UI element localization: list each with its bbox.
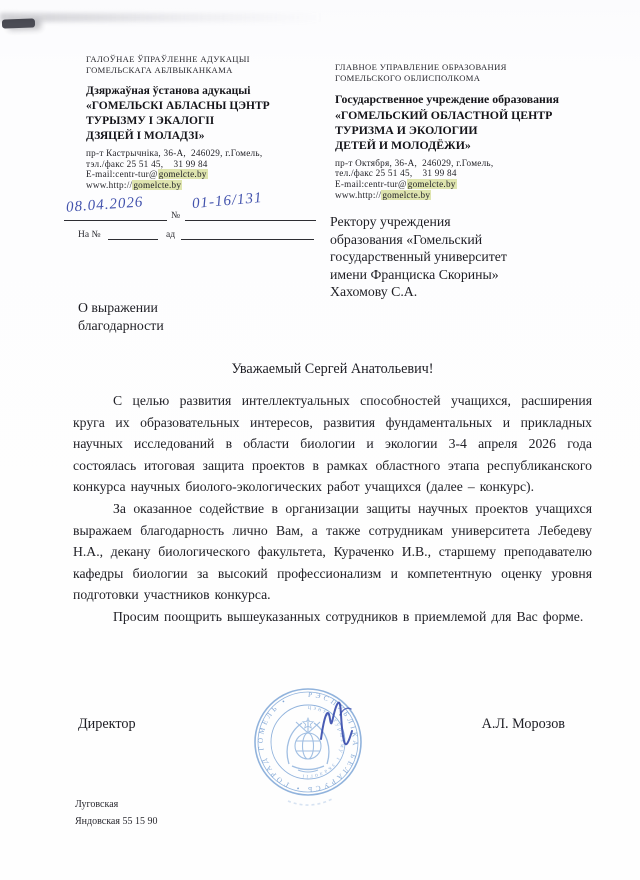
body-paragraph: Просим поощрить вышеуказанных сотруднико… (73, 606, 592, 628)
subject-line: О выражении (78, 299, 164, 317)
official-stamp: РЭСПУБЛІКА БЕЛАРУСЬ • ГОРАД ГОМЕЛЬ • цэн… (226, 660, 391, 825)
www-domain-highlighted: gomelcte.by (381, 190, 431, 200)
subject-block: О выражении благодарности (78, 299, 164, 335)
org-intro: Государственное учреждение образования (335, 92, 623, 107)
addressee-line: Хахомову С.А. (330, 283, 578, 301)
phone-line: тэл./факс 25 51 45, 31 99 84 (86, 159, 338, 170)
address-line: пр-т Кастрычніка, 36-А, 246029, г.Гомель… (86, 148, 338, 159)
addressee-line: Ректору учреждения (330, 213, 578, 231)
org-line: ДЗЯЦЕЙ І МОЛАДЗІ» (86, 129, 338, 144)
addressee-block: Ректору учреждения образования «Гомельск… (330, 213, 578, 301)
date-underline (64, 220, 167, 221)
www-prefix: www.http:// (335, 190, 381, 200)
reply-number-underline (108, 239, 158, 240)
email-prefix: E-mail:centr-tur@ (335, 179, 407, 189)
executor-name: Луговская (75, 797, 157, 814)
org-address-ru: пр-т Октября, 36-А, 246029, г.Гомель, те… (335, 158, 623, 200)
email-domain-highlighted: gomelcte.by (407, 179, 457, 189)
executor-phone: Яндовская 55 15 90 (75, 814, 157, 831)
org-line: «ГОМЕЛЬСКІ АБЛАСНЫ ЦЭНТР (86, 99, 338, 114)
authority-line: ГОМЕЛЬСКАГА АБЛВЫКАНКАМА (86, 65, 338, 76)
authority-name-ru: ГЛАВНОЕ УПРАВЛЕНИЕ ОБРАЗОВАНИЯ ГОМЕЛЬСКО… (335, 62, 623, 83)
stamp-ghost-arc (288, 799, 332, 805)
authority-line: ГЛАВНОЕ УПРАВЛЕНИЕ ОБРАЗОВАНИЯ (335, 62, 623, 73)
addressee-line: государственный университет (330, 248, 578, 266)
signature-ink (316, 697, 356, 757)
letter-body: С целью развития интеллектуальных способ… (73, 390, 592, 628)
phone-line: тел./факс 25 51 45, 31 99 84 (335, 168, 623, 179)
address-line: пр-т Октября, 36-А, 246029, г.Гомель, (335, 158, 623, 169)
body-paragraph: С целью развития интеллектуальных способ… (73, 390, 592, 498)
authority-line: ГОМЕЛЬСКОГО ОБЛИСПОЛКОМА (335, 73, 623, 84)
email-line: E-mail:centr-tur@gomelcte.by (86, 169, 338, 180)
number-sign: № (171, 211, 180, 221)
signer-name: А.Л. Морозов (482, 716, 565, 733)
scanned-letter-page: ГАЛОЎНАЕ ЎПРАЎЛЕННЕ АДУКАЦЫІ ГОМЕЛЬСКАГА… (0, 0, 640, 880)
org-line: ДЕТЕЙ И МОЛОДЁЖИ» (335, 138, 623, 153)
date-handwritten: 08.04.2026 (66, 194, 144, 216)
org-line: ТУРИЗМА И ЭКОЛОГИИ (335, 123, 623, 138)
organization-name-by: Дзяржаўная ўстанова адукацыі «ГОМЕЛЬСКІ … (86, 84, 338, 144)
website-line: www.http://gomelcte.by (86, 180, 338, 191)
scan-edge-shadow (0, 13, 340, 22)
authority-line: ГАЛОЎНАЕ ЎПРАЎЛЕННЕ АДУКАЦЫІ (86, 54, 338, 65)
website-line: www.http://gomelcte.by (335, 190, 623, 201)
letterhead-belarusian: ГАЛОЎНАЕ ЎПРАЎЛЕННЕ АДУКАЦЫІ ГОМЕЛЬСКАГА… (86, 54, 338, 191)
body-paragraph: За оказанное содействие в организации за… (73, 498, 592, 606)
org-address-by: пр-т Кастрычніка, 36-А, 246029, г.Гомель… (86, 148, 338, 190)
salutation: Уважаемый Сергей Анатольевич! (73, 361, 592, 378)
number-underline (185, 220, 316, 221)
email-domain-highlighted: gomelcte.by (158, 169, 208, 179)
www-domain-highlighted: gomelcte.by (132, 180, 182, 190)
letterhead-russian: ГЛАВНОЕ УПРАВЛЕНИЕ ОБРАЗОВАНИЯ ГОМЕЛЬСКО… (335, 62, 623, 200)
subject-line: благодарности (78, 317, 164, 335)
doc-number-handwritten: 01-16/131 (191, 190, 263, 213)
www-prefix: www.http:// (86, 180, 132, 190)
reply-date-underline (181, 239, 314, 240)
signer-title: Директор (78, 716, 136, 733)
email-line: E-mail:centr-tur@gomelcte.by (335, 179, 623, 190)
reply-to-label: На № (78, 230, 101, 240)
scan-corner-mark (2, 18, 35, 28)
reference-block: 08.04.2026 № 01-16/131 На № ад (64, 196, 324, 252)
org-line: ТУРЫЗМУ І ЭКАЛОГІІ (86, 114, 338, 129)
reply-from-label: ад (166, 230, 175, 240)
organization-name-ru: Государственное учреждение образования «… (335, 92, 623, 154)
org-intro: Дзяржаўная ўстанова адукацыі (86, 84, 338, 99)
addressee-line: образования «Гомельский (330, 231, 578, 249)
email-prefix: E-mail:centr-tur@ (86, 169, 158, 179)
addressee-line: имени Франциска Скорины» (330, 266, 578, 284)
executor-block: Луговская Яндовская 55 15 90 (75, 797, 157, 830)
org-line: «ГОМЕЛЬСКИЙ ОБЛАСТНОЙ ЦЕНТР (335, 108, 623, 123)
authority-name-by: ГАЛОЎНАЕ ЎПРАЎЛЕННЕ АДУКАЦЫІ ГОМЕЛЬСКАГА… (86, 54, 338, 75)
